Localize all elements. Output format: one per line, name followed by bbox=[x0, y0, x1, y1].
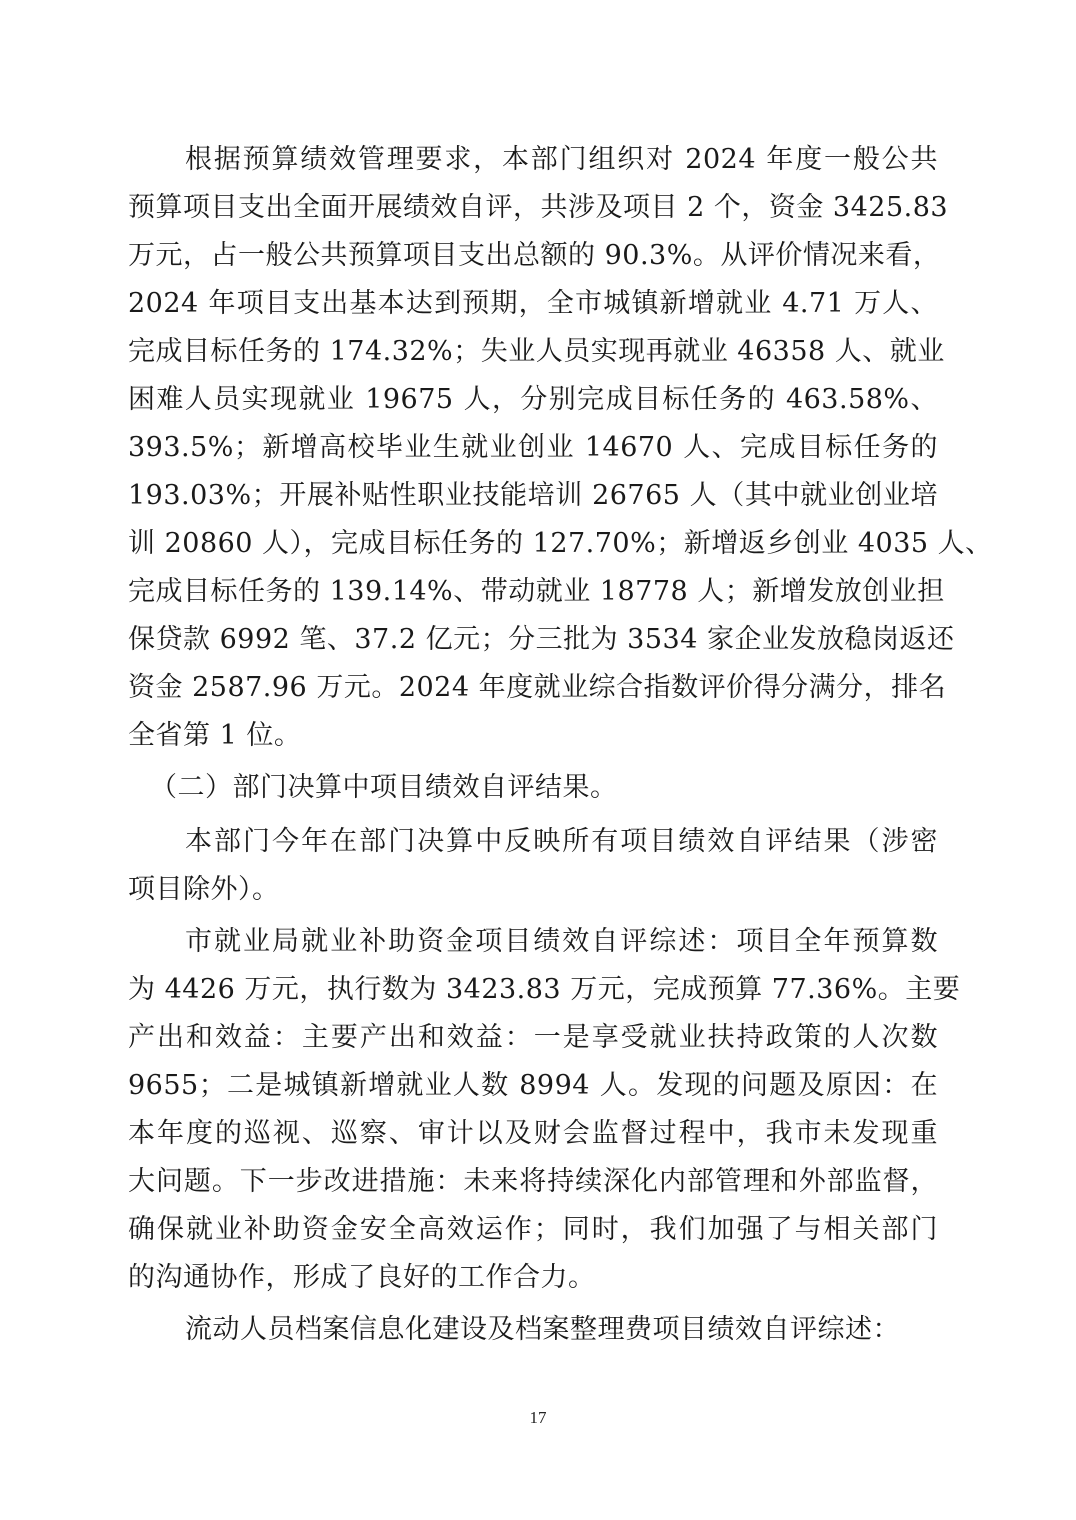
paragraph-archives-line-1: 流动人员档案信息化建设及档案整理费项目绩效自评综述： bbox=[185, 1310, 900, 1350]
paragraph-subsidy-line-2: 为 4426 万元，执行数为 3423.83 万元，完成预算 77.36%。主要 bbox=[128, 970, 938, 1010]
paragraph-summary-line-9: 训 20860 人），完成目标任务的 127.70%；新增返乡创业 4035 人… bbox=[128, 524, 938, 564]
paragraph-scope-line-1: 本部门今年在部门决算中反映所有项目绩效自评结果（涉密 bbox=[185, 822, 938, 862]
paragraph-subsidy-line-7: 确保就业补助资金安全高效运作；同时，我们加强了与相关部门 bbox=[128, 1210, 938, 1250]
paragraph-subsidy-line-3: 产出和效益：主要产出和效益：一是享受就业扶持政策的人次数 bbox=[128, 1018, 938, 1058]
paragraph-summary-line-13: 全省第 1 位。 bbox=[128, 716, 301, 756]
paragraph-subsidy-line-6: 大问题。下一步改进措施：未来将持续深化内部管理和外部监督， bbox=[128, 1162, 938, 1202]
paragraph-summary-line-2: 预算项目支出全面开展绩效自评，共涉及项目 2 个，资金 3425.83 bbox=[128, 188, 938, 228]
paragraph-summary-line-6: 困难人员实现就业 19675 人，分别完成目标任务的 463.58%、 bbox=[128, 380, 938, 420]
paragraph-summary-line-12: 资金 2587.96 万元。2024 年度就业综合指数评价得分满分，排名 bbox=[128, 668, 938, 708]
document-page: 根据预算绩效管理要求，本部门组织对 2024 年度一般公共 预算项目支出全面开展… bbox=[0, 0, 1076, 1520]
paragraph-subsidy-line-5: 本年度的巡视、巡察、审计以及财会监督过程中，我市未发现重 bbox=[128, 1114, 938, 1154]
section-heading: （二）部门决算中项目绩效自评结果。 bbox=[150, 768, 618, 808]
page-number: 17 bbox=[0, 1408, 1076, 1428]
paragraph-summary-line-7: 393.5%；新增高校毕业生就业创业 14670 人、完成目标任务的 bbox=[128, 428, 938, 468]
paragraph-summary-line-3: 万元，占一般公共预算项目支出总额的 90.3%。从评价情况来看， bbox=[128, 236, 938, 276]
paragraph-summary-line-5: 完成目标任务的 174.32%；失业人员实现再就业 46358 人、就业 bbox=[128, 332, 938, 372]
paragraph-summary-line-11: 保贷款 6992 笔、37.2 亿元；分三批为 3534 家企业发放稳岗返还 bbox=[128, 620, 938, 660]
paragraph-subsidy-line-1: 市就业局就业补助资金项目绩效自评综述：项目全年预算数 bbox=[185, 922, 938, 962]
paragraph-subsidy-line-4: 9655；二是城镇新增就业人数 8994 人。发现的问题及原因：在 bbox=[128, 1066, 938, 1106]
paragraph-summary-line-4: 2024 年项目支出基本达到预期，全市城镇新增就业 4.71 万人、 bbox=[128, 284, 938, 324]
paragraph-summary-line-1: 根据预算绩效管理要求，本部门组织对 2024 年度一般公共 bbox=[185, 140, 938, 180]
paragraph-subsidy-line-8: 的沟通协作，形成了良好的工作合力。 bbox=[128, 1258, 596, 1298]
paragraph-summary-line-10: 完成目标任务的 139.14%、带动就业 18778 人；新增发放创业担 bbox=[128, 572, 938, 612]
paragraph-scope-line-2: 项目除外）。 bbox=[128, 870, 280, 910]
paragraph-summary-line-8: 193.03%；开展补贴性职业技能培训 26765 人（其中就业创业培 bbox=[128, 476, 938, 516]
